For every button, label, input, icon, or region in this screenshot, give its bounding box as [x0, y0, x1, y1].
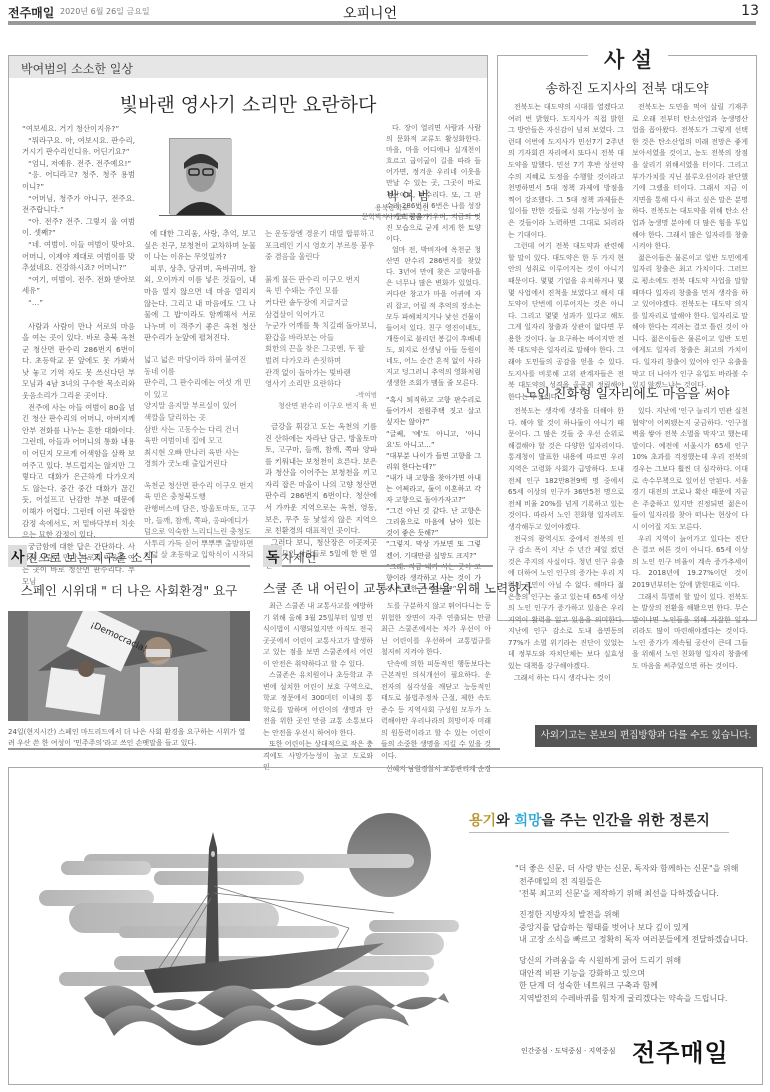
issue-date: 2020년 6월 26일 금요일 — [60, 6, 150, 17]
ad-illustration — [29, 798, 469, 1068]
ad-logo: 전주매일 — [632, 1033, 729, 1068]
poem-source: 청산면 판수리 이구오 번지 육 빈 — [265, 401, 377, 413]
page-number: 13 — [741, 3, 759, 19]
reader-letter-col2: 도를 구분하지 않고 뛰어다니는 등 위험한 장면이 자주 연출되는 만큼 최근… — [381, 601, 491, 776]
author-portrait-icon — [170, 139, 232, 215]
editorial-box: 사 설 송하진 도지사의 전북 대도약 전북도는 대도약의 시대를 열겠다고 여… — [497, 55, 757, 621]
column-text-col2: 에 대한 그리움, 사랑, 추억, 보고 싶은 친구, 보청천이 교차하며 눈물… — [144, 228, 256, 561]
photo-news-section-title: 사진으로 보는 지구촌 소식 — [8, 545, 250, 567]
column-text-col4: 다. 장이 열리면 사람과 사람의 문화적 교류도 활성화한다. 마을, 마을 … — [386, 123, 481, 595]
author-photo — [169, 138, 231, 214]
editorial-label: 사 설 — [588, 44, 668, 74]
poem-signature: -박여범 — [265, 390, 377, 402]
pen-ship-illustration-icon — [29, 798, 469, 1068]
header-rule — [8, 21, 756, 25]
photo-news-image: ¡Democracia! — [8, 611, 250, 721]
photo-news-caption: 24일(현지시간) 스페인 마드리드에서 더 나은 사회 환경을 요구하는 시위… — [8, 727, 250, 749]
protest-photo-icon: ¡Democracia! — [8, 611, 250, 721]
slogan-hope: 희망 — [514, 813, 541, 829]
reader-letter-headline: 스쿨 존 내 어린이 교통사고 근절을 위해 노력하자 — [263, 579, 493, 597]
ad-tagline: 인간중심 · 도덕중심 · 지역중심 — [521, 1046, 616, 1056]
photo-news-headline: 스페인 시위대 " 더 나은 사회환경" 요구 — [8, 581, 250, 599]
ad-paragraph-1: "더 좋은 신문, 더 사랑 받는 신문, 독자와 함께하는 신문"을 위해 전… — [515, 863, 755, 901]
slogan-courage: 용기 — [469, 813, 496, 829]
ad-slogan: 용기와 희망을 주는 인간을 위한 정론지 — [469, 810, 729, 833]
ad-paragraph-3: 당신의 가려움을 속 시원하게 긁어 드리기 위해대안적 비판 기능을 강화하고… — [519, 955, 759, 1005]
column-text-col1: “여보세요. 거기 청산이지유?” “뭐라구요. 아, 여보시요. 판수리, 거… — [22, 123, 135, 587]
editorial-2-col1: 전북도는 생각에 생각을 더해야 한다. 해야 할 것이 하나둘이 아니기 때문… — [508, 406, 624, 684]
column-article: 박여범의 소소한 일상 빛바랜 영사기 소리만 요란하다 “여보세요. 거기 청… — [8, 55, 488, 538]
editorial-headline-2: 노인 친화형 일자리에도 마음을 써야 — [498, 383, 756, 402]
editorial-2-col2: 있다. 지난에 '인구 늘리기 민관 실천 협약'이 어찌됐는지 궁금하다. '… — [632, 406, 748, 673]
column-headline: 빛바랜 영사기 소리만 요란하다 — [9, 90, 487, 117]
poem-stanza-1: 넓고 넓은 마당이라 하여 붙여진동네 이름판수리, 그 판수리에는 여섯 개 … — [144, 354, 256, 470]
dialogue-block: “여보세요. 거기 청산이지유?” “뭐라구요. 아, 여보시요. 판수리, 거… — [22, 123, 135, 309]
reader-letter-section: 독자제언 스쿨 존 내 어린이 교통사고 근절을 위해 노력하자 최근 스쿨존 … — [263, 545, 493, 745]
column-text-col3: 는 운동장엔 경운기 대열 합류하고포크레인 기시 영호기 부르릉 붕우중 겸음… — [265, 228, 377, 572]
poem-stanza-3: 는 운동장엔 경운기 대열 합류하고포크레인 기시 영호기 부르릉 붕우중 겸음… — [265, 228, 377, 390]
advertisement-box: 용기와 희망을 주는 인간을 위한 정론지 "더 좋은 신문, 더 사랑 받는 … — [8, 767, 763, 1085]
ad-paragraph-2: 진정한 지방자치 발전을 위해중앙지를 답습하는 형태를 벗어나 보다 깊이 있… — [519, 909, 759, 947]
reader-letter-col1: 최근 스쿨존 내 교통사고를 예방하기 위해 올해 3월 25일부터 일명 민식… — [263, 601, 373, 774]
photo-news-section: 사진으로 보는 지구촌 소식 스페인 시위대 " 더 나은 사회환경" 요구 ¡… — [8, 545, 250, 745]
section-name: 오피니언 — [343, 3, 397, 23]
editorial-1-col1: 전북도는 대도약의 시대를 열겠다고 여러 번 밝혔다. 도지사가 직접 밝힌 … — [508, 102, 624, 403]
disclaimer-bar: 사외기고는 본보의 편집방향과 다를 수도 있습니다. — [535, 725, 757, 747]
editorial-headline-1: 송하진 도지사의 전북 대도약 — [498, 78, 756, 97]
column-series-title: 박여범의 소소한 일상 — [9, 56, 487, 78]
editorial-1-col2: 전북도는 도민을 먹여 살릴 기재주로 오래 전부터 탄소산업과 농생명산업을 … — [632, 102, 748, 392]
page-header: 전주매일 2020년 6월 26일 금요일 오피니언 13 — [8, 0, 763, 22]
paper-name: 전주매일 — [8, 4, 54, 21]
reader-letter-section-title: 독자제언 — [263, 545, 493, 567]
